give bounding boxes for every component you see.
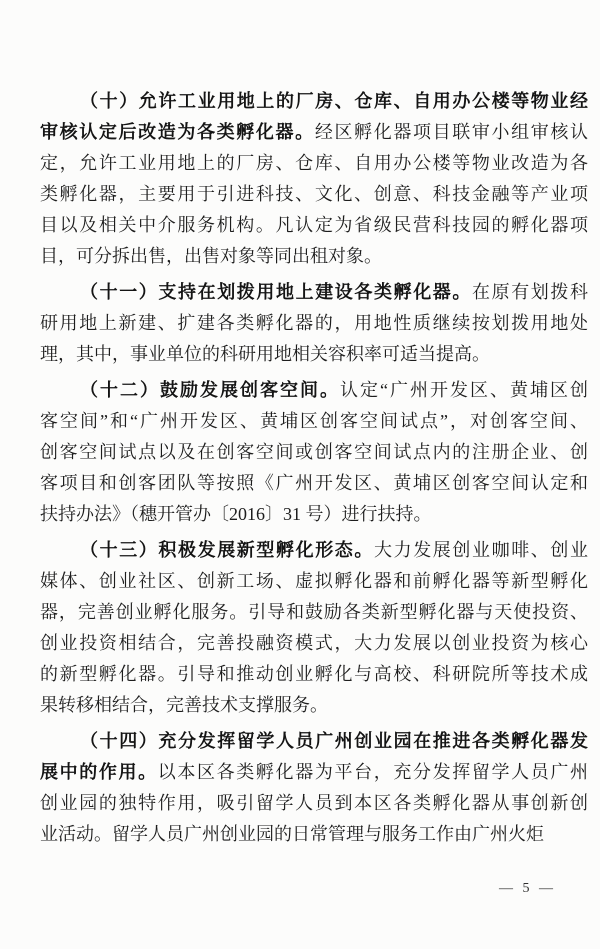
text-line: （十一）支持在划拨用地上建设各类孵化器。在原有划拨科 — [40, 277, 588, 308]
text-line: 研用地上新建、扩建各类孵化器的，用地性质继续按划拨用地处 — [40, 308, 588, 339]
text-line: 创客空间试点以及在创客空间或创客空间试点内的注册企业、创 — [40, 437, 588, 468]
bold-text-segment: 审核认定后改造为各类孵化器。 — [40, 122, 315, 142]
text-segment: 定，允许工业用地上的厂房、仓库、自用办公楼等物业改造为各 — [40, 153, 588, 173]
paragraph: （十）允许工业用地上的厂房、仓库、自用办公楼等物业经审核认定后改造为各类孵化器。… — [40, 86, 588, 272]
text-line: 目，可分拆出售，出售对象等同出租对象。 — [40, 241, 588, 272]
text-line: 的新型孵化器。引导和推动创业孵化与高校、科研院所等技术成 — [40, 659, 588, 690]
paragraph: （十四）充分发挥留学人员广州创业园在推进各类孵化器发展中的作用。以本区各类孵化器… — [40, 726, 588, 850]
page-number: — 5 — — [499, 879, 556, 899]
text-segment: 经区孵化器项目联审小组审核认 — [315, 122, 588, 142]
text-segment: 认定“广州开发区、黄埔区创 — [340, 380, 588, 400]
text-line: 理，其中，事业单位的科研用地相关容积率可适当提高。 — [40, 339, 588, 370]
text-segment: 目，可分拆出售，出售对象等同出租对象。 — [40, 246, 382, 266]
document-content: （十）允许工业用地上的厂房、仓库、自用办公楼等物业经审核认定后改造为各类孵化器。… — [40, 86, 588, 850]
text-segment: 创客空间试点以及在创客空间或创客空间试点内的注册企业、创 — [40, 442, 588, 462]
paragraph: （十一）支持在划拨用地上建设各类孵化器。在原有划拨科研用地上新建、扩建各类孵化器… — [40, 277, 588, 370]
text-segment: 器，完善创业孵化服务。引导和鼓励各类新型孵化器与天使投资、 — [40, 602, 588, 622]
bold-text-segment: （十一）支持在划拨用地上建设各类孵化器。 — [80, 282, 472, 302]
text-line: 客项目和创客团队等按照《广州开发区、黄埔区创客空间认定和 — [40, 468, 588, 499]
text-segment: 理，其中，事业单位的科研用地相关容积率可适当提高。 — [40, 344, 490, 364]
text-segment: 大力发展创业咖啡、创业 — [374, 540, 588, 560]
text-segment: 的新型孵化器。引导和推动创业孵化与高校、科研院所等技术成 — [40, 664, 588, 684]
text-segment: 客项目和创客团队等按照《广州开发区、黄埔区创客空间认定和 — [40, 473, 588, 493]
text-segment: 果转移相结合，完善技术支撑服务。 — [40, 695, 328, 715]
text-segment: 创业园的独特作用，吸引留学人员到本区各类孵化器从事创新创 — [40, 793, 588, 813]
text-segment: 媒体、创业社区、创新工场、虚拟孵化器和前孵化器等新型孵化 — [40, 571, 588, 591]
text-segment: 类孵化器，主要用于引进科技、文化、创意、科技金融等产业项 — [40, 184, 588, 204]
text-line: 审核认定后改造为各类孵化器。经区孵化器项目联审小组审核认 — [40, 117, 588, 148]
text-line: 果转移相结合，完善技术支撑服务。 — [40, 690, 588, 721]
text-line: 目以及相关中介服务机构。凡认定为省级民营科技园的孵化器项 — [40, 210, 588, 241]
text-segment: 在原有划拨科 — [472, 282, 588, 302]
text-line: 业活动。留学人员广州创业园的日常管理与服务工作由广州火炬 — [40, 819, 588, 850]
text-line: （十三）积极发展新型孵化形态。大力发展创业咖啡、创业 — [40, 535, 588, 566]
text-line: 器，完善创业孵化服务。引导和鼓励各类新型孵化器与天使投资、 — [40, 597, 588, 628]
text-line: （十二）鼓励发展创客空间。认定“广州开发区、黄埔区创 — [40, 375, 588, 406]
text-segment: 目以及相关中介服务机构。凡认定为省级民营科技园的孵化器项 — [40, 215, 588, 235]
text-line: 创业园的独特作用，吸引留学人员到本区各类孵化器从事创新创 — [40, 788, 588, 819]
paragraph: （十三）积极发展新型孵化形态。大力发展创业咖啡、创业媒体、创业社区、创新工场、虚… — [40, 535, 588, 721]
text-segment: 扶持办法》（穗开管办〔2016〕31 号）进行扶持。 — [40, 504, 432, 524]
text-segment: 以本区各类孵化器为平台，充分发挥留学人员广州 — [158, 762, 588, 782]
text-line: 扶持办法》（穗开管办〔2016〕31 号）进行扶持。 — [40, 499, 588, 530]
bold-text-segment: （十二）鼓励发展创客空间。 — [80, 380, 340, 400]
paragraph: （十二）鼓励发展创客空间。认定“广州开发区、黄埔区创客空间”和“广州开发区、黄埔… — [40, 375, 588, 530]
text-segment: 研用地上新建、扩建各类孵化器的，用地性质继续按划拨用地处 — [40, 313, 588, 333]
text-segment: 创业投资相结合，完善投融资模式，大力发展以创业投资为核心 — [40, 633, 588, 653]
text-line: （十）允许工业用地上的厂房、仓库、自用办公楼等物业经 — [40, 86, 588, 117]
text-line: 媒体、创业社区、创新工场、虚拟孵化器和前孵化器等新型孵化 — [40, 566, 588, 597]
bold-text-segment: （十）允许工业用地上的厂房、仓库、自用办公楼等物业经 — [80, 91, 588, 111]
bold-text-segment: 展中的作用。 — [40, 762, 158, 782]
text-line: 客空间”和“广州开发区、黄埔区创客空间试点”，对创客空间、 — [40, 406, 588, 437]
text-line: （十四）充分发挥留学人员广州创业园在推进各类孵化器发 — [40, 726, 588, 757]
text-line: 定，允许工业用地上的厂房、仓库、自用办公楼等物业改造为各 — [40, 148, 588, 179]
text-segment: 业活动。留学人员广州创业园的日常管理与服务工作由广州火炬 — [40, 824, 544, 844]
text-line: 展中的作用。以本区各类孵化器为平台，充分发挥留学人员广州 — [40, 757, 588, 788]
text-line: 创业投资相结合，完善投融资模式，大力发展以创业投资为核心 — [40, 628, 588, 659]
bold-text-segment: （十四）充分发挥留学人员广州创业园在推进各类孵化器发 — [80, 731, 588, 751]
document-page: （十）允许工业用地上的厂房、仓库、自用办公楼等物业经审核认定后改造为各类孵化器。… — [0, 0, 600, 949]
text-line: 类孵化器，主要用于引进科技、文化、创意、科技金融等产业项 — [40, 179, 588, 210]
bold-text-segment: （十三）积极发展新型孵化形态。 — [80, 540, 374, 560]
text-segment: 客空间”和“广州开发区、黄埔区创客空间试点”，对创客空间、 — [40, 411, 588, 431]
